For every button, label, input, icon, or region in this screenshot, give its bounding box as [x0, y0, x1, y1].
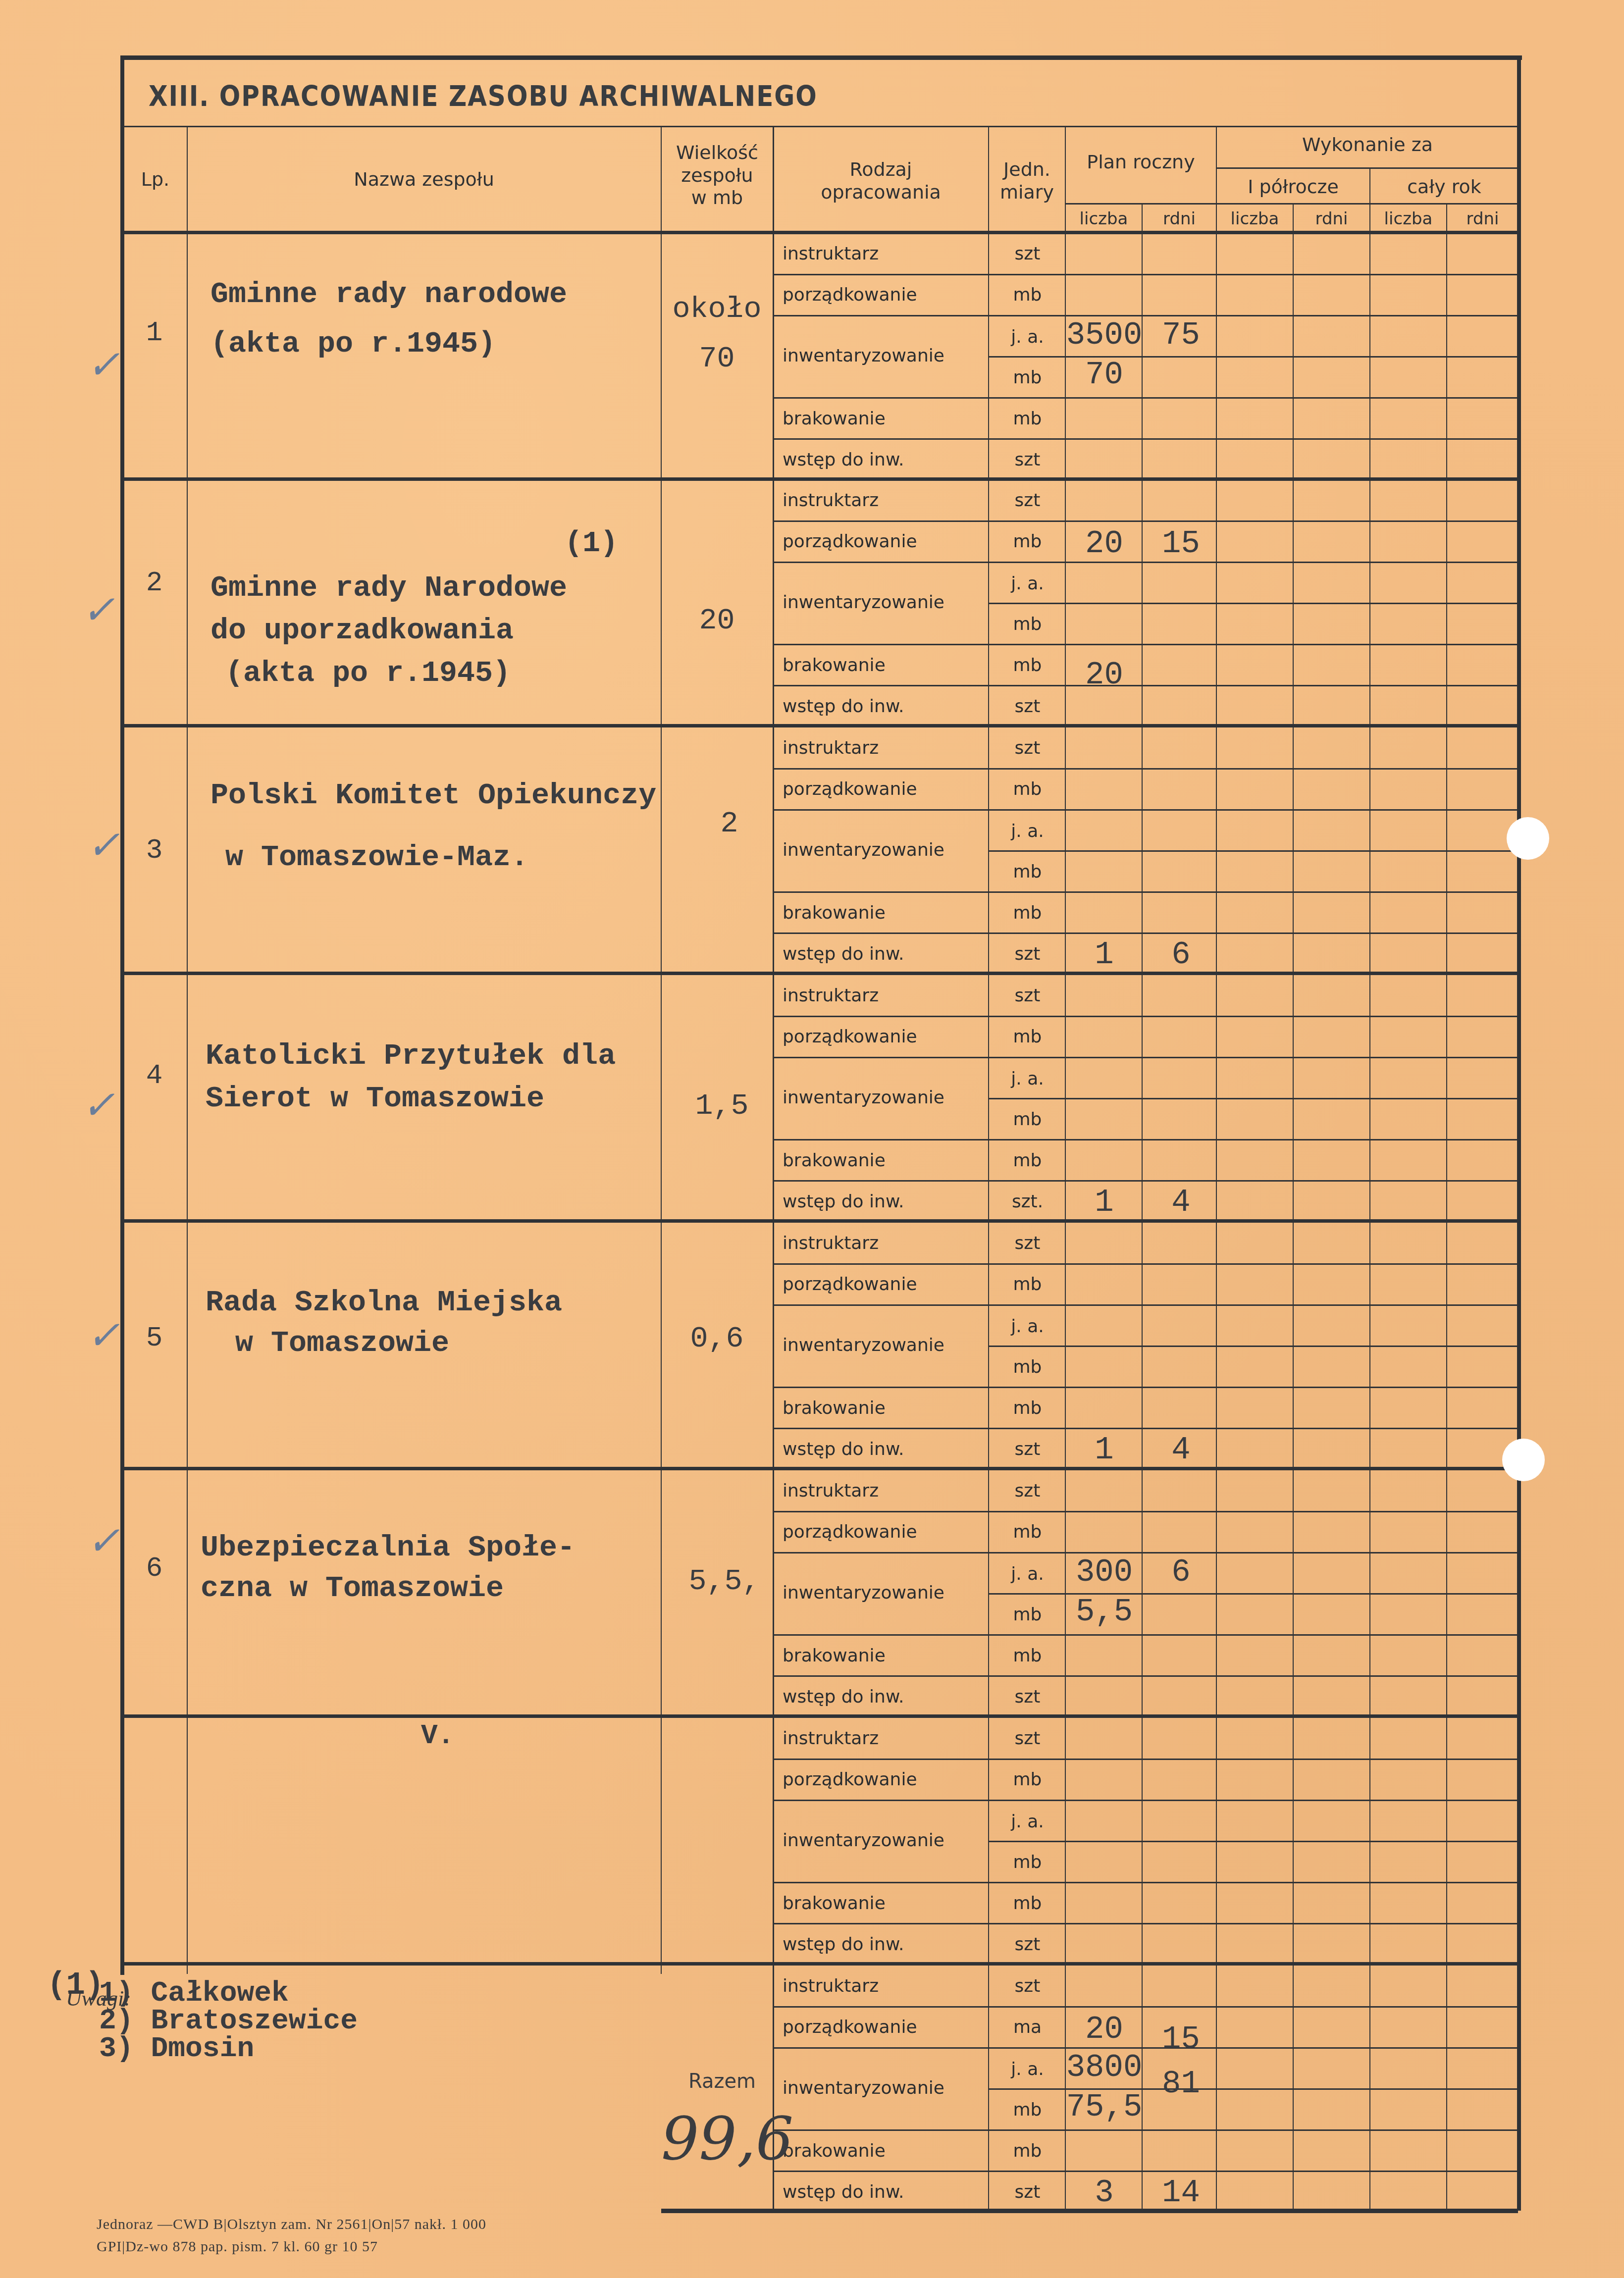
unit-szt: szt — [989, 696, 1066, 717]
sub-row-rule — [773, 1552, 1518, 1553]
op-instruktarz: instruktarz — [783, 244, 879, 264]
sub-row-rule — [773, 1923, 1518, 1924]
unit-ja: j. a. — [989, 1812, 1066, 1832]
unit-mb: mb — [989, 409, 1066, 429]
check-mark-icon: ✓ — [87, 1518, 120, 1564]
op-wstep: wstęp do inw. — [783, 1191, 904, 1212]
sub-row-rule — [988, 1098, 1518, 1099]
sub-row-rule — [988, 1346, 1518, 1347]
op-porzadkowanie: porządkowanie — [783, 531, 917, 552]
op-brakowanie: brakowanie — [783, 655, 886, 675]
header-jedn: Jedn. miary — [989, 158, 1065, 204]
col-divider — [1369, 168, 1370, 2209]
entry-name: Polski Komitet Opiekunczy w Tomaszowie-M… — [210, 765, 656, 889]
op-brakowanie: brakowanie — [783, 409, 886, 429]
check-mark-icon: ✓ — [87, 822, 120, 869]
sub-row-rule — [773, 1800, 1518, 1801]
frame-top — [121, 55, 1522, 60]
op-porzadkowanie: porządkowanie — [783, 2017, 917, 2037]
plan-liczba-value: 20 — [1066, 658, 1143, 693]
header-plan-rdni: rdni — [1143, 209, 1216, 229]
unit-szt: szt — [989, 244, 1066, 264]
col-divider — [187, 127, 188, 1974]
block-rule — [121, 1467, 1518, 1470]
plan-liczba-value: 1 — [1066, 937, 1143, 973]
plan-rdni-value: 15 — [1143, 2022, 1219, 2058]
entry-note-marker: (1) — [565, 527, 618, 560]
entry-name: Gminne rady Narodowe do uporzadkowania (… — [210, 567, 567, 695]
unit-mb: mb — [989, 1769, 1066, 1790]
unit-mb: mb — [989, 614, 1066, 634]
op-porzadkowanie: porządkowanie — [783, 285, 917, 305]
unit-mb: mb — [989, 862, 1066, 882]
col-divider — [1293, 204, 1294, 2209]
sub-row-rule — [773, 1634, 1518, 1636]
op-porzadkowanie: porządkowanie — [783, 779, 917, 799]
unit-szt: szt — [989, 450, 1066, 470]
unit-mb: mb — [989, 1605, 1066, 1625]
header-caly-rok: cały rok — [1370, 176, 1518, 199]
op-brakowanie: brakowanie — [783, 1646, 886, 1666]
header-rok-liczba: liczba — [1370, 209, 1446, 229]
op-wstep: wstęp do inw. — [783, 450, 904, 470]
plan-rdni-value: 14 — [1143, 2175, 1219, 2211]
unit-szt: szt — [989, 738, 1066, 758]
sub-row-rule — [773, 1882, 1518, 1883]
unit-szt: szt — [989, 1481, 1066, 1501]
sub-row-rule — [773, 685, 1518, 686]
sub-row-rule — [773, 520, 1518, 522]
plan-rdni-value: 6 — [1143, 937, 1219, 973]
unit-mb: mb — [989, 1646, 1066, 1666]
plan-rdni-value: 81 — [1143, 2067, 1219, 2102]
header-plan-liczba: liczba — [1066, 209, 1142, 229]
op-brakowanie: brakowanie — [783, 2141, 886, 2161]
sub-row-rule — [773, 768, 1518, 770]
op-instruktarz: instruktarz — [783, 490, 879, 511]
entry-size: 1,5 — [666, 1089, 778, 1123]
unit-ja: j. a. — [989, 573, 1066, 594]
header-rok-rdni: rdni — [1447, 209, 1518, 229]
unit-mb: mb — [989, 1274, 1066, 1294]
entry-name: Gminne rady narodowe (akta po r.1945) — [210, 270, 567, 369]
op-brakowanie: brakowanie — [783, 1150, 886, 1171]
plan-rdni-value: 75 — [1143, 318, 1219, 354]
header-nazwa: Nazwa zespołu — [187, 168, 661, 191]
block-rule — [773, 1962, 1518, 1966]
plan-liczba-value: 5,5 — [1066, 1595, 1143, 1630]
sub-row-rule — [773, 891, 1518, 893]
header-rule — [1216, 167, 1518, 169]
op-wstep: wstęp do inw. — [783, 696, 904, 717]
sub-row-rule — [773, 2129, 1518, 2131]
block-rule — [121, 972, 1518, 975]
sub-row-rule — [988, 603, 1518, 604]
block-rule — [121, 1962, 774, 1966]
sub-row-rule — [773, 397, 1518, 399]
unit-ja: j. a. — [989, 1564, 1066, 1584]
unit-mb: mb — [989, 1027, 1066, 1047]
sub-row-rule — [988, 850, 1518, 852]
sub-row-rule — [773, 2171, 1518, 2172]
op-inwentaryzowanie: inwentaryzowanie — [783, 346, 944, 366]
op-instruktarz: instruktarz — [783, 1481, 879, 1501]
sub-row-rule — [773, 2006, 1518, 2008]
check-mark-icon: ✓ — [87, 1312, 120, 1359]
entry-name: Katolicki Przytułek dla Sierot w Tomaszo… — [206, 1035, 616, 1120]
sub-row-rule — [773, 1139, 1518, 1140]
header-rule — [1065, 203, 1518, 205]
entry-lp: 6 — [121, 1553, 187, 1584]
sub-row-rule — [773, 809, 1518, 811]
unit-szt: szt — [989, 490, 1066, 511]
entry-size: 2 — [674, 807, 785, 841]
unit-mb: mb — [989, 367, 1066, 388]
entry-size: około 70 — [661, 285, 773, 384]
header-wykonanie: Wykonanie za — [1217, 134, 1518, 156]
op-wstep: wstęp do inw. — [783, 2182, 904, 2202]
note-item: 3) Dmosin — [99, 2035, 358, 2063]
header-rodzaj: Rodzaj opracowania — [774, 158, 988, 204]
print-info-line2: GPI|Dz-wo 878 pap. pism. 7 kl. 60 gr 10 … — [97, 2238, 378, 2255]
op-wstep: wstęp do inw. — [783, 1439, 904, 1459]
op-inwentaryzowanie: inwentaryzowanie — [783, 1087, 944, 1108]
sub-row-rule — [773, 1675, 1518, 1677]
sub-row-rule — [773, 932, 1518, 934]
sub-row-rule — [773, 1759, 1518, 1760]
header-lp: Lp. — [124, 168, 187, 191]
entry-name: Ubezpieczalnia Społe- czna w Tomaszowie — [201, 1528, 575, 1609]
op-instruktarz: instruktarz — [783, 1233, 879, 1253]
unit-mb: mb — [989, 1150, 1066, 1171]
page-title: XIII. OPRACOWANIE ZASOBU ARCHIWALNEGO — [149, 80, 818, 113]
op-inwentaryzowanie: inwentaryzowanie — [783, 840, 944, 860]
op-inwentaryzowanie: inwentaryzowanie — [783, 592, 944, 613]
unit-szt: szt — [989, 985, 1066, 1006]
plan-liczba-value: 3 — [1066, 2175, 1143, 2211]
header-polrocze: I półrocze — [1217, 176, 1369, 199]
unit-mb: mb — [989, 1109, 1066, 1130]
plan-rdni-value: 6 — [1143, 1555, 1219, 1591]
plan-liczba-value: 300 — [1066, 1555, 1143, 1591]
sub-row-rule — [773, 1511, 1518, 1512]
unit-szt: szt — [989, 1934, 1066, 1955]
op-wstep: wstęp do inw. — [783, 944, 904, 964]
entry-name: Rada Szkolna Miejska w Tomaszowie — [206, 1283, 562, 1364]
plan-liczba-value: 3800 — [1066, 2050, 1143, 2086]
plan-liczba-value: 20 — [1066, 2012, 1143, 2048]
op-inwentaryzowanie: inwentaryzowanie — [783, 1335, 944, 1355]
block-rule — [121, 724, 1518, 727]
sub-row-rule — [773, 438, 1518, 440]
unit-mb: mb — [989, 655, 1066, 675]
entry-lp: 2 — [121, 567, 187, 599]
entry-lp: 1 — [121, 317, 187, 349]
header-wielkosc: Wielkość zespołu w mb — [662, 142, 773, 209]
punch-hole — [1502, 1439, 1545, 1481]
totals-size: 99,6 — [661, 2105, 793, 2174]
op-brakowanie: brakowanie — [783, 1398, 886, 1418]
op-porzadkowanie: porządkowanie — [783, 1522, 917, 1542]
plan-liczba-value: 75,5 — [1066, 2090, 1143, 2125]
entry-size: 0,6 — [661, 1322, 773, 1356]
sub-row-rule — [773, 1180, 1518, 1182]
op-porzadkowanie: porządkowanie — [783, 1274, 917, 1294]
unit-szt: szt — [989, 2182, 1066, 2202]
entry-lp: 4 — [121, 1060, 187, 1091]
plan-rdni-value: 4 — [1143, 1185, 1219, 1221]
unit-mb: mb — [989, 285, 1066, 305]
unit-mb: ma — [989, 2017, 1066, 2037]
op-brakowanie: brakowanie — [783, 1893, 886, 1914]
op-wstep: wstęp do inw. — [783, 1934, 904, 1955]
sub-row-rule — [988, 1841, 1518, 1842]
unit-szt: szt — [989, 944, 1066, 964]
block-rule — [121, 1219, 1518, 1223]
sub-row-rule — [773, 1016, 1518, 1017]
plan-liczba-value: 1 — [1066, 1185, 1143, 1221]
plan-liczba-value: 20 — [1066, 526, 1143, 562]
unit-mb: mb — [989, 903, 1066, 923]
col-divider — [1446, 204, 1447, 2209]
op-wstep: wstęp do inw. — [783, 1687, 904, 1707]
col-divider — [661, 127, 662, 1974]
unit-szt: szt — [989, 1439, 1066, 1459]
unit-mb: mb — [989, 1852, 1066, 1872]
sub-row-rule — [773, 1387, 1518, 1388]
check-mark-icon: ✓ — [87, 342, 120, 388]
sub-row-rule — [773, 274, 1518, 275]
sub-row-rule — [773, 315, 1518, 316]
entry-size: 5,5, — [669, 1565, 780, 1599]
sub-row-rule — [773, 1428, 1518, 1429]
unit-szt: szt — [989, 1233, 1066, 1253]
sub-row-rule — [773, 1304, 1518, 1306]
check-mark-icon: ✓ — [82, 587, 115, 633]
plan-rdni-value: 15 — [1143, 526, 1219, 562]
unit-ja: j. a. — [989, 327, 1066, 347]
print-info-line1: Jednoraz —CWD B|Olsztyn zam. Nr 2561|On|… — [97, 2216, 486, 2233]
unit-mb: mb — [989, 1893, 1066, 1914]
unit-mb: mb — [989, 1522, 1066, 1542]
note-item: 2) Bratoszewice — [99, 2008, 358, 2035]
op-porzadkowanie: porządkowanie — [783, 1769, 917, 1790]
frame-right — [1517, 55, 1521, 2211]
op-inwentaryzowanie: inwentaryzowanie — [783, 2078, 944, 2098]
punch-hole — [1507, 817, 1549, 860]
block-rule — [121, 1714, 1518, 1718]
unit-ja: j. a. — [989, 2059, 1066, 2079]
plan-liczba-value: 1 — [1066, 1433, 1143, 1468]
op-instruktarz: instruktarz — [783, 1728, 879, 1749]
entry-name: V. — [421, 1721, 454, 1752]
sub-row-rule — [773, 1057, 1518, 1058]
unit-szt: szt — [989, 1976, 1066, 1996]
entry-lp: 3 — [121, 834, 187, 866]
unit-ja: j. a. — [989, 821, 1066, 841]
header-top-rule — [121, 126, 1518, 127]
unit-ja: j. a. — [989, 1069, 1066, 1089]
unit-mb: mb — [989, 2100, 1066, 2120]
unit-mb: mb — [989, 1398, 1066, 1418]
plan-liczba-value: 3500 — [1066, 318, 1143, 354]
op-inwentaryzowanie: inwentaryzowanie — [783, 1583, 944, 1603]
op-brakowanie: brakowanie — [783, 903, 886, 923]
header-bottom-rule — [121, 231, 1518, 234]
unit-szt: szt — [989, 1728, 1066, 1749]
check-mark-icon: ✓ — [82, 1082, 115, 1129]
unit-szt: szt. — [989, 1191, 1066, 1212]
entry-lp: 5 — [121, 1322, 187, 1354]
op-instruktarz: instruktarz — [783, 1976, 879, 1996]
unit-mb: mb — [989, 2141, 1066, 2161]
op-porzadkowanie: porządkowanie — [783, 1027, 917, 1047]
plan-rdni-value: 4 — [1143, 1433, 1219, 1468]
unit-szt: szt — [989, 1687, 1066, 1707]
notes-list: 1) Całkowek 2) Bratoszewice 3) Dmosin — [99, 1980, 358, 2063]
sub-row-rule — [773, 644, 1518, 645]
header-polrocze-rdni: rdni — [1294, 209, 1369, 229]
unit-mb: mb — [989, 531, 1066, 552]
unit-mb: mb — [989, 1357, 1066, 1377]
totals-label: Razem — [688, 2070, 756, 2093]
op-inwentaryzowanie: inwentaryzowanie — [783, 1830, 944, 1851]
block-rule — [121, 477, 1518, 481]
unit-ja: j. a. — [989, 1316, 1066, 1337]
sub-row-rule — [773, 1263, 1518, 1265]
op-instruktarz: instruktarz — [783, 738, 879, 758]
note-item: 1) Całkowek — [99, 1980, 358, 2008]
header-polrocze-liczba: liczba — [1217, 209, 1293, 229]
op-instruktarz: instruktarz — [783, 985, 879, 1006]
unit-mb: mb — [989, 779, 1066, 799]
entry-size: 20 — [661, 604, 773, 638]
header-plan: Plan roczny — [1066, 151, 1216, 174]
plan-liczba-value: 70 — [1066, 358, 1143, 393]
